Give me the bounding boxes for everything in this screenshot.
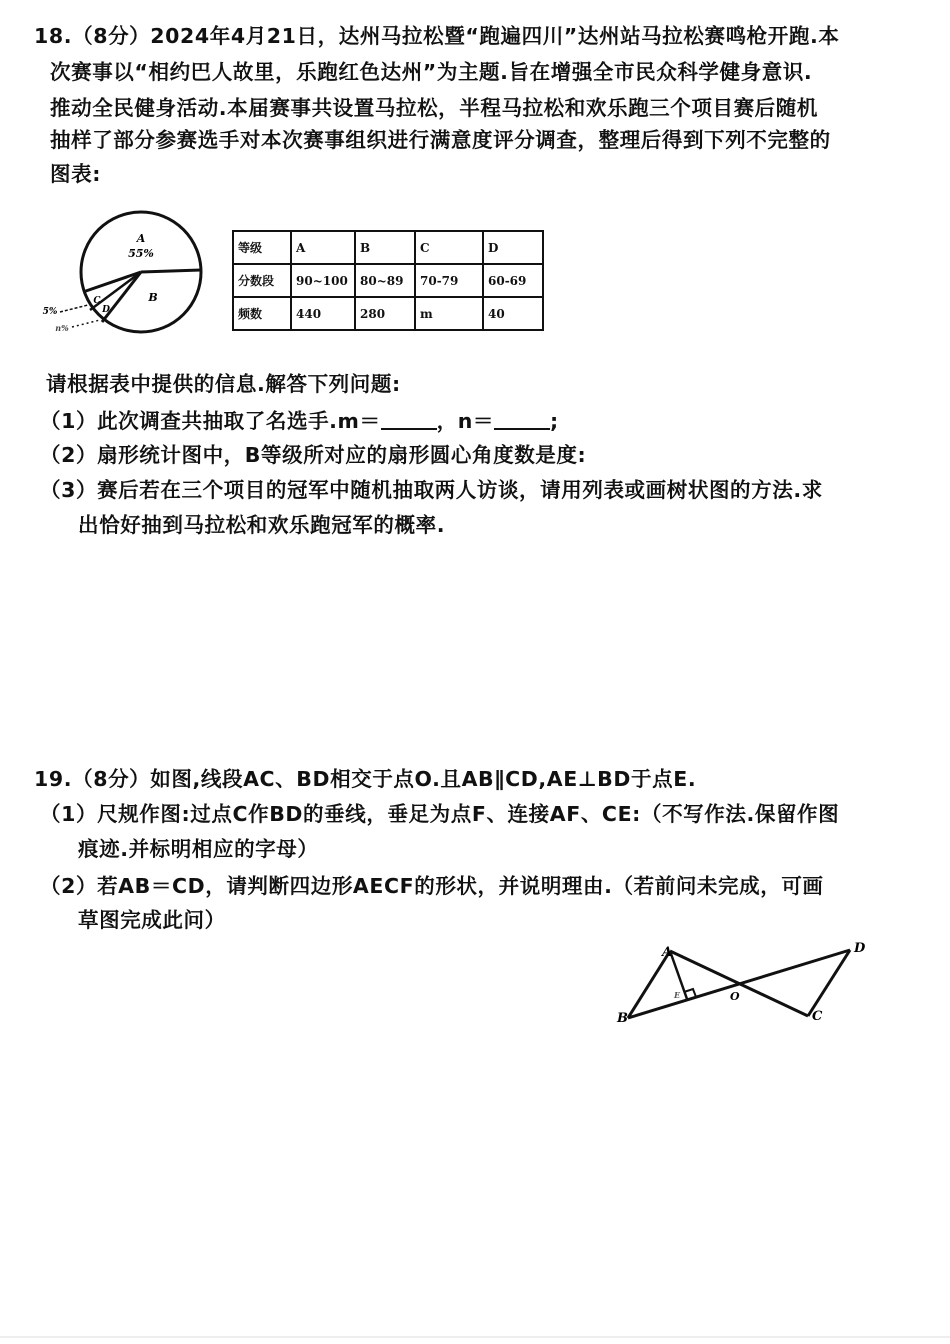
q18-prompt: 请根据表中提供的信息.解答下列问题: — [46, 370, 401, 398]
answer-blank-m[interactable] — [381, 410, 437, 430]
table-cell: B — [355, 231, 415, 264]
table-cell: 等级 — [233, 231, 291, 264]
segment-ac — [670, 951, 808, 1016]
point-label-c: C — [812, 1009, 823, 1024]
q19-sub1-line1: （1）尺规作图:过点C作BD的垂线，垂足为点F、连接AF、CE:（不写作法.保留… — [40, 800, 839, 828]
pie-label-d: D — [101, 305, 110, 315]
pie-label-d-pct: n% — [55, 323, 69, 333]
q19-title: 19.（8分）如图,线段AC、BD相交于点O.且AB∥CD,AE⊥BD于点E. — [34, 765, 696, 793]
pie-label-c-pct: 5% — [43, 307, 58, 317]
table-row-frequency: 频数 440 280 m 40 — [233, 297, 543, 330]
table-row-score-range: 分数段 90~100 80~89 70-79 60-69 — [233, 264, 543, 297]
q18-line-4: 抽样了部分参赛选手对本次赛事组织进行满意度评分调查，整理后得到下列不完整的 — [50, 126, 831, 154]
table-cell: 60-69 — [483, 264, 543, 297]
table-cell: 90~100 — [291, 264, 355, 297]
q18-line-2: 次赛事以“相约巴人故里，乐跑红色达州”为主题.旨在增强全市民众科学健身意识. — [50, 58, 812, 86]
table-cell: 40 — [483, 297, 543, 330]
page-bottom-rule — [0, 1336, 950, 1338]
pie-label-b: B — [147, 291, 157, 304]
q18-sub1: （1）此次调查共抽取了名选手.m＝，n＝; — [40, 407, 559, 435]
leader-c — [60, 305, 88, 312]
q19-sub2-line1: （2）若AB＝CD，请判断四边形AECF的形状，并说明理由.（若前问未完成，可画 — [40, 872, 824, 900]
table-cell: A — [291, 231, 355, 264]
q19-sub1-line2: 痕迹.并标明相应的字母） — [78, 835, 319, 863]
pie-divider-a-b — [141, 270, 201, 272]
point-label-b: B — [616, 1011, 628, 1026]
q18-sub1-suffix: ; — [550, 409, 559, 433]
point-label-d: D — [853, 941, 866, 956]
point-label-a: A — [660, 945, 672, 960]
pie-label-a: A — [136, 232, 146, 245]
table-cell: 频数 — [233, 297, 291, 330]
q18-sub1-prefix: （1）此次调查共抽取了名选手.m＝ — [40, 409, 381, 433]
q18-sub2: （2）扇形统计图中，B等级所对应的扇形圆心角度数是度: — [40, 441, 586, 469]
leader-d — [72, 320, 100, 327]
table-cell: m — [415, 297, 483, 330]
pie-chart: A 55% B C D 5% n% — [30, 215, 230, 345]
table-cell: 80~89 — [355, 264, 415, 297]
table-cell: 70-79 — [415, 264, 483, 297]
q19-sub2-line2: 草图完成此问） — [78, 906, 226, 934]
q18-sub1-mid: ，n＝ — [437, 409, 494, 433]
pie-label-a-pct: 55% — [128, 247, 154, 260]
point-label-e: E — [673, 990, 681, 1000]
table-cell: 440 — [291, 297, 355, 330]
table-row-grade: 等级 A B C D — [233, 231, 543, 264]
q18-line-5: 图表: — [50, 160, 101, 188]
q18-sub3-line1: （3）赛后若在三个项目的冠军中随机抽取两人访谈，请用列表或画树状图的方法.求 — [40, 476, 823, 504]
frequency-table: 等级 A B C D 分数段 90~100 80~89 70-79 60-69 … — [232, 230, 544, 331]
pie-label-c: C — [93, 296, 101, 306]
answer-blank-n[interactable] — [494, 410, 550, 430]
geometry-figure: A B C D O E — [600, 930, 880, 1030]
point-label-o: O — [730, 990, 740, 1003]
table-cell: 分数段 — [233, 264, 291, 297]
table-cell: D — [483, 231, 543, 264]
q18-line-3: 推动全民健身活动.本届赛事共设置马拉松，半程马拉松和欢乐跑三个项目赛后随机 — [50, 94, 818, 122]
table-cell: C — [415, 231, 483, 264]
table-cell: 280 — [355, 297, 415, 330]
q18-sub3-line2: 出恰好抽到马拉松和欢乐跑冠军的概率. — [78, 511, 445, 539]
q18-line-1: 18.（8分）2024年4月21日，达州马拉松暨“跑遍四川”达州站马拉松赛鸣枪开… — [34, 22, 839, 50]
